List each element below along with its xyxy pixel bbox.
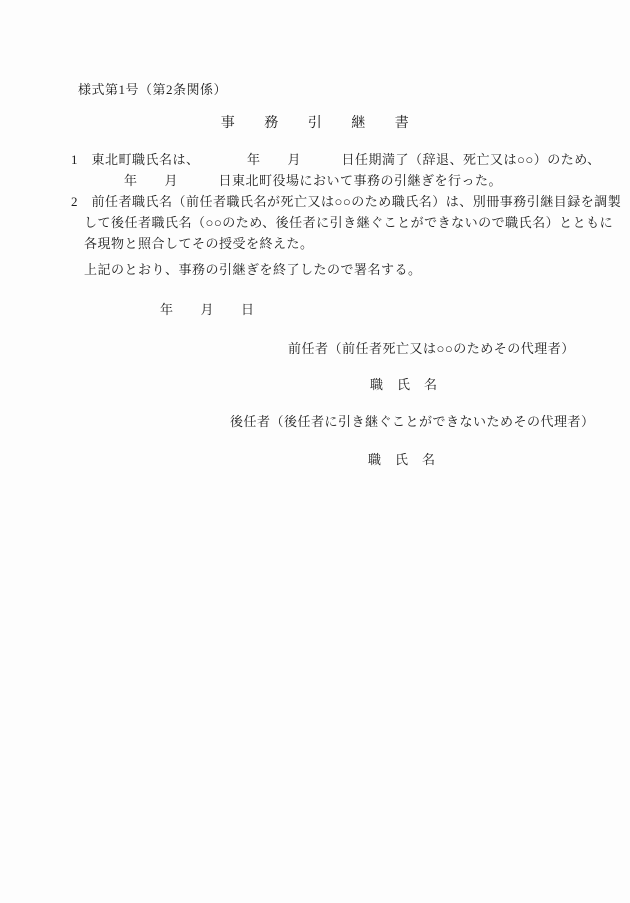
clause-2-line-2: して後任者職氏名（○○のため、後任者に引き継ぐことができないので職氏名）とともに: [84, 215, 613, 231]
successor-signature-label: 職 氏 名: [368, 452, 436, 468]
closing-statement: 上記のとおり、事務の引継ぎを終了したので署名する。: [84, 262, 422, 278]
signature-date-line: 年 月 日: [160, 302, 255, 318]
clause-2-line-3: 各現物と照合してその授受を終えた。: [84, 236, 314, 252]
clause-1-line-2: 年 月 日東北町役場において事務の引継ぎを行った。: [124, 173, 502, 189]
clause-2-line-1: 2 前任者職氏名（前任者職氏名が死亡又は○○のため職氏名）は、別冊事務引継目録を…: [71, 194, 621, 210]
form-number-label: 様式第1号（第2条関係）: [78, 82, 227, 98]
successor-label: 後任者（後任者に引き継ぐことができないためその代理者）: [230, 414, 595, 430]
document-page: 様式第1号（第2条関係） 事 務 引 継 書 1 東北町職氏名は、 年 月 日任…: [0, 0, 630, 903]
document-title: 事 務 引 継 書: [0, 116, 630, 132]
predecessor-signature-label: 職 氏 名: [370, 377, 438, 393]
clause-1-line-1: 1 東北町職氏名は、 年 月 日任期満了（辞退、死亡又は○○）のため、: [71, 152, 601, 168]
predecessor-label: 前任者（前任者死亡又は○○のためその代理者）: [288, 341, 575, 357]
